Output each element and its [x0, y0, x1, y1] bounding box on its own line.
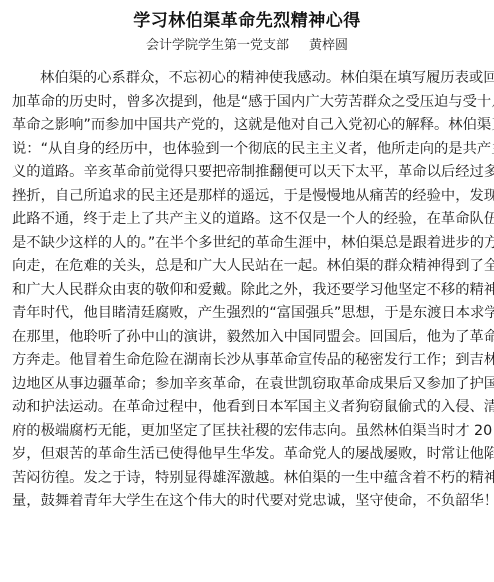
document-title: 学习林伯渠革命先烈精神心得 — [0, 6, 494, 31]
essay-body: 林伯渠的心系群众，不忘初心的精神使我感动。林伯渠在填写履历表或回忆参 加革命的历… — [12, 67, 484, 514]
body-line: 此路不通，终于走上了共产主义的道路。这不仅是一个人的经验，在革命队伍里 — [12, 208, 484, 232]
body-line: 岁，但艰苦的革命生活已使得他早生华发。革命党人的屡战屡败，时常让他陷入 — [12, 443, 484, 467]
body-line: 说：“从自身的经历中，也体验到一个彻底的民主主义者，他所走向的是共产主 — [12, 138, 484, 162]
body-line: 林伯渠的心系群众，不忘初心的精神使我感动。林伯渠在填写履历表或回忆参 — [12, 67, 484, 91]
body-line: 加革命的历史时，曾多次提到，他是“感于国内广大劳苦群众之受压迫与受十月 — [12, 91, 484, 115]
body-line: 动和护法运动。在革命过程中，他看到日本军国主义者狗窃鼠偷式的入侵、清政 — [12, 396, 484, 420]
body-line: 革命之影响”而参加中国共产党的，这就是他对自己入党初心的解释。林伯渠又 — [12, 114, 484, 138]
body-line: 青年时代，他目睹清廷腐败，产生强烈的“富国强兵”思想，于是东渡日本求学。 — [12, 302, 484, 326]
body-line: 向走，在危难的关头，总是和广大人民站在一起。林伯渠的群众精神得到了全党 — [12, 255, 484, 279]
body-line: 府的极端腐朽无能，更加坚定了匡扶社稷的宏伟志向。虽然林伯渠当时才 20 多 — [12, 420, 484, 444]
body-line: 方奔走。他冒着生命危险在湖南长沙从事革命宣传品的秘密发行工作；到吉林延 — [12, 349, 484, 373]
author-name: 黄梓圆 — [309, 38, 348, 53]
body-line: 挫折，自己所追求的民主还是那样的遥远，于是慢慢地从痛苦的经验中，发现了 — [12, 185, 484, 209]
author-unit: 会计学院学生第一党支部 — [146, 38, 289, 53]
body-line: 苦闷彷徨。发之于诗，特别显得雄浑激越。林伯渠的一生中蕴含着不朽的精神力 — [12, 467, 484, 491]
byline: 会计学院学生第一党支部黄梓圆 — [0, 34, 494, 53]
body-line: 义的道路。辛亥革命前觉得只要把帝制推翻便可以天下太平，革命以后经过多少 — [12, 161, 484, 185]
body-line: 和广大人民群众由衷的敬仰和爱戴。除此之外，我还要学习他坚定不移的精神。 — [12, 279, 484, 303]
body-line: 量，鼓舞着青年大学生在这个伟大的时代要对党忠诚，坚守使命，不负韶华！ — [12, 490, 484, 514]
body-line: 在那里，他聆听了孙中山的演讲，毅然加入中国同盟会。回国后，他为了革命多 — [12, 326, 484, 350]
body-line: 边地区从事边疆革命；参加辛亥革命，在袁世凯窃取革命成果后又参加了护国运 — [12, 373, 484, 397]
body-line: 是不缺少这样的人的。”在半个多世纪的革命生涯中，林伯渠总是跟着进步的方 — [12, 232, 484, 256]
